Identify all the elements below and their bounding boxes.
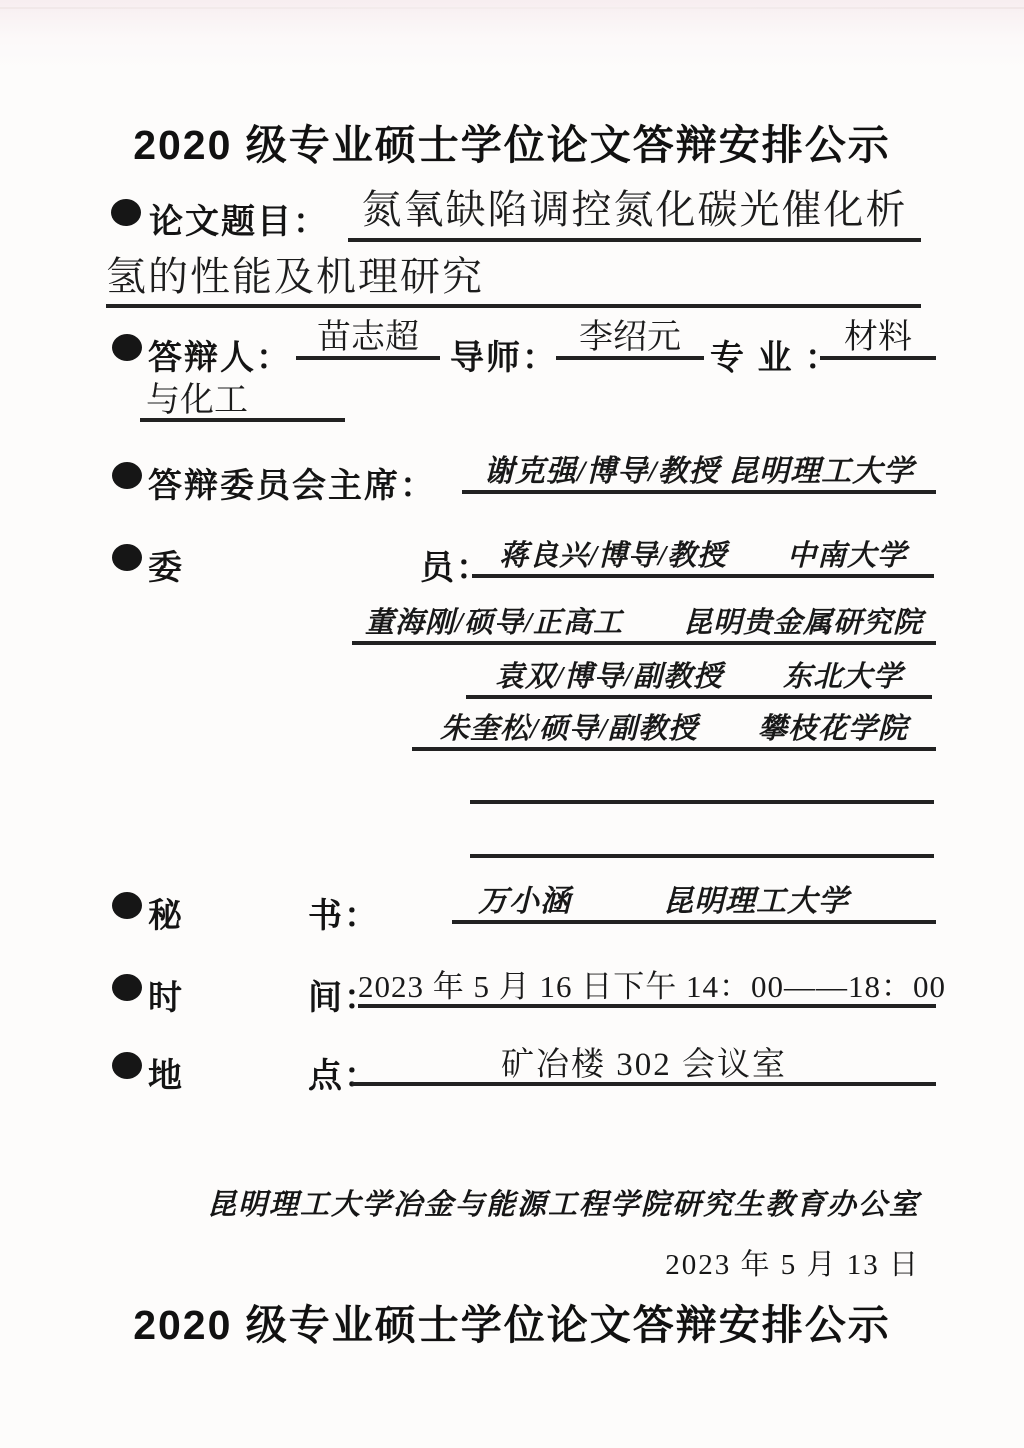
footer-office: 昆明理工大学冶金与能源工程学院研究生教育办公室 <box>0 1182 920 1223</box>
bullet-icon <box>112 544 142 571</box>
committee-member-3: 袁双/博导/副教授 东北大学 <box>466 652 932 699</box>
committee-member-4: 朱奎松/硕导/副教授 攀枝花学院 <box>412 704 936 751</box>
document-title-top: 2020 级专业硕士学位论文答辩安排公示 <box>0 112 1024 171</box>
secretary-name: 万小涵 <box>478 876 571 920</box>
location-label-left: 地 <box>148 1048 184 1097</box>
bullet-icon <box>112 892 142 919</box>
supervisor-name: 李绍元 <box>556 316 704 360</box>
footer-date: 2023 年 5 月 13 日 <box>0 1242 920 1283</box>
secretary-label-right: 书： <box>308 888 380 937</box>
committee-member-2: 董海刚/硕导/正高工 昆明贵金属研究院 <box>352 598 936 645</box>
major-line2: 与化工 <box>140 380 345 422</box>
committee-member-1: 蒋良兴/博导/教授 中南大学 <box>472 530 934 578</box>
secretary-label-left: 秘 <box>148 888 184 937</box>
time-value: 2023 年 5 月 16 日下午 14：00——18：00 <box>358 962 936 1008</box>
blank-member-line-1 <box>470 760 934 804</box>
bullet-icon <box>112 462 142 489</box>
secretary-affiliation: 昆明理工大学 <box>663 876 849 920</box>
defender-name: 苗志超 <box>296 316 440 360</box>
location-value: 矿冶楼 302 会议室 <box>352 1040 936 1086</box>
committee-chair-label: 答辩委员会主席： <box>148 458 436 507</box>
bullet-icon <box>111 199 141 226</box>
committee-member-label-left: 委 <box>148 540 184 589</box>
secretary-value-line: 万小涵 昆明理工大学 <box>452 878 936 924</box>
major-line1: 材料 <box>820 316 936 360</box>
committee-chair-value: 谢克强/博导/教授 昆明理工大学 <box>462 446 936 494</box>
thesis-title-line1: 氮氧缺陷调控氮化碳光催化析 <box>348 178 921 242</box>
bullet-icon <box>112 974 142 1001</box>
time-label-left: 时 <box>148 970 184 1019</box>
scanned-notice-page: 2020 级专业硕士学位论文答辩安排公示 论文题目： 氮氧缺陷调控氮化碳光催化析… <box>0 0 1024 1448</box>
thesis-title-label: 论文题目： <box>149 194 329 243</box>
bullet-icon <box>112 334 142 361</box>
defender-label: 答辩人： <box>148 330 292 379</box>
supervisor-label: 导师： <box>450 330 558 379</box>
blank-member-line-2 <box>470 814 934 858</box>
document-title-bottom: 2020 级专业硕士学位论文答辩安排公示 <box>0 1292 1024 1351</box>
thesis-title-line2: 氢的性能及机理研究 <box>106 246 921 308</box>
bullet-icon <box>112 1052 142 1079</box>
scan-edge-artifact <box>0 7 1024 9</box>
